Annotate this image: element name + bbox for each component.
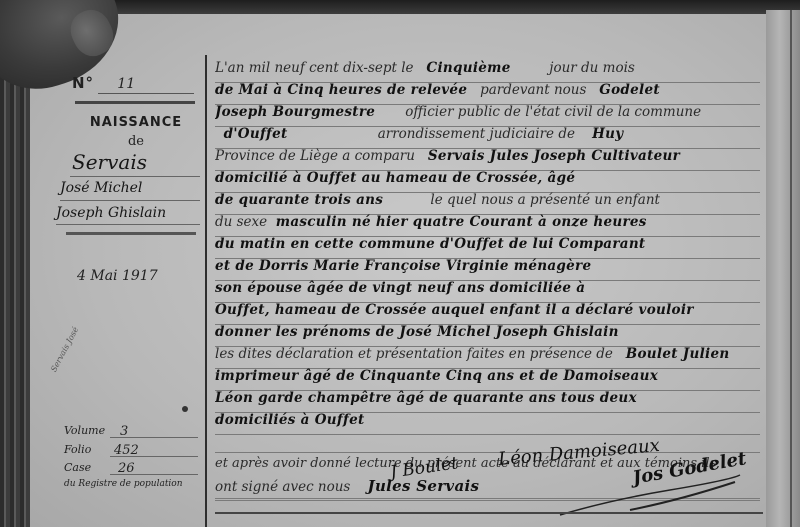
number-separator bbox=[75, 101, 195, 104]
given-names-1: José Michel bbox=[60, 180, 142, 196]
printed-text: du sexe bbox=[215, 214, 267, 230]
printed-text: ont signé avec nous bbox=[215, 479, 350, 495]
handwritten-text: masculin né hier quatre Courant à onze h… bbox=[276, 214, 647, 230]
handwritten-text: Ouffet, hameau de Crossée auquel enfant … bbox=[215, 302, 694, 318]
handwritten-text: et de Dorris Marie Françoise Virginie mé… bbox=[215, 258, 591, 274]
given-names-2-line bbox=[56, 224, 200, 225]
printed-text: le quel nous a présenté un enfant bbox=[430, 192, 660, 208]
given-names-1-line bbox=[60, 200, 200, 201]
entry-date: 4 Mai 1917 bbox=[77, 268, 158, 284]
number-underline bbox=[98, 93, 194, 94]
handwritten-text: donner les prénoms de José Michel Joseph… bbox=[215, 324, 619, 340]
volume-row: Volume 3 bbox=[64, 424, 105, 437]
given-names-2: Joseph Ghislain bbox=[56, 205, 166, 221]
handwritten-text: Joseph Bourgmestre bbox=[215, 104, 375, 120]
folio-line bbox=[110, 456, 198, 457]
names-separator bbox=[66, 232, 196, 235]
handwritten-text: son épouse âgée de vingt neuf ans domici… bbox=[215, 280, 585, 296]
handwritten-text: Huy bbox=[592, 126, 623, 142]
handwritten-text: imprimeur âgé de Cinquante Cinq ans et d… bbox=[215, 368, 658, 384]
number-value: 11 bbox=[117, 76, 135, 92]
surname: Servais bbox=[72, 150, 147, 174]
folio-label: Folio bbox=[64, 443, 91, 456]
body-line-18-blank bbox=[215, 428, 760, 453]
handwritten-text: de Mai à Cinq heures de relevée bbox=[215, 82, 467, 98]
case-line bbox=[110, 474, 198, 475]
handwritten-text: d'Ouffet bbox=[224, 126, 288, 142]
page-margin-rule bbox=[790, 10, 792, 527]
bottom-rule bbox=[215, 512, 763, 514]
adjacent-page-edge bbox=[766, 10, 800, 527]
heading-naissance: NAISSANCE bbox=[76, 115, 196, 130]
declarant-signature: Jules Servais bbox=[368, 477, 480, 495]
printed-text: jour du mois bbox=[549, 60, 635, 76]
ink-dot bbox=[182, 406, 188, 412]
case-label: Case bbox=[64, 461, 91, 474]
volume-line bbox=[110, 437, 198, 438]
printed-text: pardevant nous bbox=[480, 82, 586, 98]
printed-text: arrondissement judiciaire de bbox=[378, 126, 575, 142]
volume-label: Volume bbox=[64, 424, 105, 437]
handwritten-text: domiciliés à Ouffet bbox=[215, 412, 365, 428]
heading-de: de bbox=[76, 134, 196, 149]
printed-text: les dites déclaration et présentation fa… bbox=[215, 346, 613, 362]
handwritten-text: Servais Jules Joseph Cultivateur bbox=[428, 148, 680, 164]
handwritten-text: Léon garde champêtre âgé de quarante ans… bbox=[215, 390, 637, 406]
handwritten-text: Cinquième bbox=[426, 60, 510, 76]
printed-text: Province de Liège a comparu bbox=[215, 148, 415, 164]
case-row: Case 26 bbox=[64, 461, 91, 474]
handwritten-text: Godelet bbox=[599, 82, 660, 98]
entry-number: N° 11 bbox=[72, 74, 135, 92]
handwritten-text: du matin en cette commune d'Ouffet de lu… bbox=[215, 236, 645, 252]
printed-text: officier public de l'état civil de la co… bbox=[405, 104, 701, 120]
margin-divider bbox=[205, 55, 207, 527]
handwritten-text: Boulet Julien bbox=[626, 346, 730, 362]
handwritten-text: de quarante trois ans bbox=[215, 192, 383, 208]
surname-line bbox=[70, 176, 200, 177]
handwritten-text: domicilié à Ouffet au hameau de Crossée,… bbox=[215, 170, 575, 186]
register-note: du Registre de population bbox=[64, 479, 183, 489]
folio-row: Folio 452 bbox=[64, 443, 91, 456]
number-label: N° bbox=[72, 74, 94, 92]
printed-text: L'an mil neuf cent dix-sept le bbox=[215, 60, 414, 76]
